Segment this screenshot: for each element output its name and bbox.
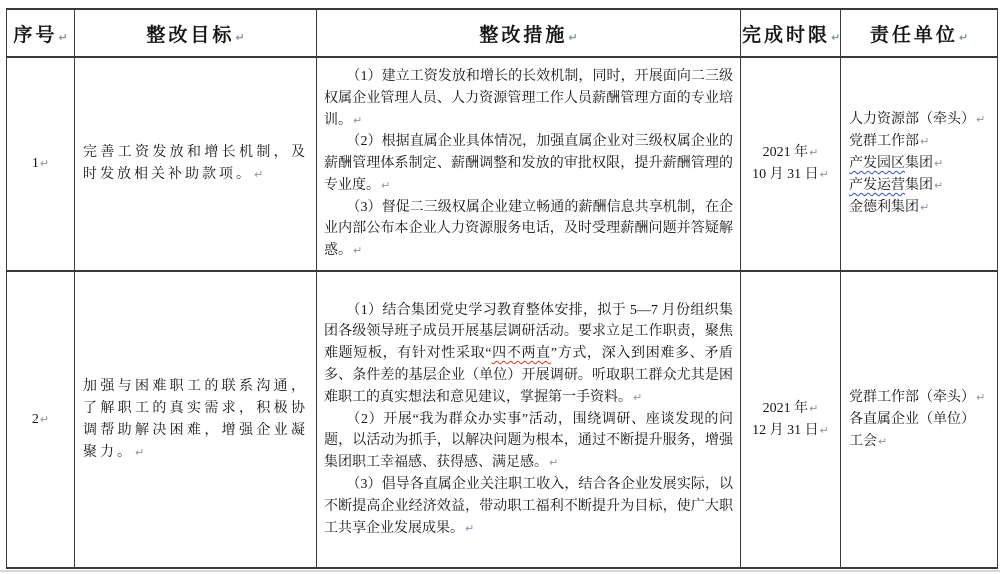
header-cell-units: 责任单位↵ [841, 9, 998, 57]
measure-text: （3）倡导各直属企业关注职工收入，结合各企业发展实际，以不断提高企业经济效益，带… [324, 477, 733, 536]
paragraph-mark-icon: ↵ [820, 168, 829, 181]
deadline-line: 10 月 31 日↵ [742, 164, 839, 186]
target-text: 加强与困难职工的联系沟通，了解职工的真实需求，积极协调帮助解决困难，增强企业凝聚… [83, 379, 308, 460]
paragraph-mark-icon: ↵ [465, 522, 474, 535]
paragraph-mark-icon: ↵ [549, 456, 558, 469]
unit-line: 产发运营集团↵ [849, 175, 987, 197]
spellcheck-underline: 产发运营 [849, 178, 905, 193]
paragraph-mark-icon: ↵ [40, 157, 49, 170]
target-cell: 完善工资发放和增长机制，及时发放相关补助款项。↵ [75, 57, 317, 271]
index-cell: 2↵ [7, 271, 75, 568]
measure-text: （3）督促二三级权属企业建立畅通的薪酬信息共享机制，在企业内部公布本企业人力资源… [324, 200, 733, 259]
paragraph-mark-icon: ↵ [920, 201, 929, 214]
paragraph-mark-icon: ↵ [831, 31, 840, 44]
table-header-row: 序号↵ 整改目标↵ 整改措施↵ 完成时限↵ 责任单位↵ [7, 9, 998, 57]
unit-line: 产发园区集团↵ [849, 153, 987, 175]
deadline-line: 12 月 31 日↵ [742, 420, 839, 442]
header-label: 整改目标 [146, 25, 234, 46]
header-cell-deadline: 完成时限↵ [741, 9, 841, 57]
header-label: 整改措施 [479, 25, 567, 46]
page-boundary-line [0, 570, 1000, 572]
header-cell-index: 序号↵ [7, 9, 75, 57]
paragraph-mark-icon: ↵ [235, 31, 244, 44]
paragraph-mark-icon: ↵ [135, 446, 144, 459]
rectification-table: 序号↵ 整改目标↵ 整改措施↵ 完成时限↵ 责任单位↵ 1↵ 完善工资发放和增长… [6, 8, 998, 569]
measure-paragraph: （2）根据直属企业具体情况，加强直属企业对三级权属企业的薪酬管理体系制定、薪酬调… [324, 131, 733, 196]
paragraph-mark-icon: ↵ [934, 179, 943, 192]
spellcheck-underline: 产发园区 [849, 156, 905, 171]
document-page: 序号↵ 整改目标↵ 整改措施↵ 完成时限↵ 责任单位↵ 1↵ 完善工资发放和增长… [0, 0, 1000, 574]
paragraph-mark-icon: ↵ [959, 31, 968, 44]
header-label: 完成时限 [742, 25, 830, 46]
target-text: 完善工资发放和增长机制，及时发放相关补助款项。 [83, 145, 308, 182]
measure-paragraph: （1）建立工资发放和增长的长效机制，同时，开展面向二三级权属企业管理人员、人力资… [324, 66, 733, 131]
paragraph-mark-icon: ↵ [254, 168, 263, 181]
deadline-cell: 2021 年↵ 12 月 31 日↵ [741, 271, 841, 568]
paragraph-mark-icon: ↵ [40, 413, 49, 426]
unit-line: 党群工作部（牵头）↵ [849, 387, 987, 409]
unit-line: 各直属企业（单位）工会↵ [849, 409, 987, 453]
paragraph-mark-icon: ↵ [878, 435, 887, 448]
paragraph-mark-icon: ↵ [809, 146, 818, 159]
paragraph-mark-icon: ↵ [353, 114, 362, 127]
measure-paragraph: （1）结合集团党史学习教育整体安排，拟于 5—7 月份组织集团各级领导班子成员开… [324, 300, 733, 409]
measure-text: （2）开展“我为群众办实事”活动，围绕调研、座谈发现的问题，以活动为抓手，以解决… [324, 412, 733, 471]
index-cell: 1↵ [7, 57, 75, 271]
measure-paragraph: （3）倡导各直属企业关注职工收入，结合各企业发展实际，以不断提高企业经济效益，带… [324, 474, 733, 539]
row-number: 2 [32, 412, 39, 427]
measure-paragraph: （2）开展“我为群众办实事”活动，围绕调研、座谈发现的问题，以活动为抓手，以解决… [324, 409, 733, 474]
row-number: 1 [32, 156, 39, 171]
units-cell: 人力资源部（牵头）↵ 党群工作部↵ 产发园区集团↵ 产发运营集团↵ 金德利集团↵ [841, 57, 998, 271]
table-row: 1↵ 完善工资发放和增长机制，及时发放相关补助款项。↵ （1）建立工资发放和增长… [7, 57, 998, 271]
unit-line: 金德利集团↵ [849, 197, 987, 219]
paragraph-mark-icon: ↵ [568, 31, 577, 44]
measures-cell: （1）建立工资发放和增长的长效机制，同时，开展面向二三级权属企业管理人员、人力资… [317, 57, 741, 271]
measures-cell: （1）结合集团党史学习教育整体安排，拟于 5—7 月份组织集团各级领导班子成员开… [317, 271, 741, 568]
paragraph-mark-icon: ↵ [633, 391, 642, 404]
header-cell-measures: 整改措施↵ [317, 9, 741, 57]
deadline-line: 2021 年↵ [742, 398, 839, 420]
paragraph-mark-icon: ↵ [934, 157, 943, 170]
target-cell: 加强与困难职工的联系沟通，了解职工的真实需求，积极协调帮助解决困难，增强企业凝聚… [75, 271, 317, 568]
deadline-cell: 2021 年↵ 10 月 31 日↵ [741, 57, 841, 271]
measure-text: （1）建立工资发放和增长的长效机制，同时，开展面向二三级权属企业管理人员、人力资… [324, 69, 733, 128]
header-label: 责任单位 [870, 25, 958, 46]
paragraph-mark-icon: ↵ [58, 31, 67, 44]
header-cell-target: 整改目标↵ [75, 9, 317, 57]
header-label: 序号 [13, 25, 57, 46]
table-row: 2↵ 加强与困难职工的联系沟通，了解职工的真实需求，积极协调帮助解决困难，增强企… [7, 271, 998, 568]
paragraph-mark-icon: ↵ [809, 402, 818, 415]
paragraph-mark-icon: ↵ [820, 424, 829, 437]
paragraph-mark-icon: ↵ [353, 244, 362, 257]
paragraph-mark-icon: ↵ [381, 179, 390, 192]
paragraph-mark-icon: ↵ [976, 113, 985, 126]
paragraph-mark-icon: ↵ [976, 391, 985, 404]
deadline-line: 2021 年↵ [742, 142, 839, 164]
unit-line: 党群工作部↵ [849, 131, 987, 153]
paragraph-mark-icon: ↵ [920, 135, 929, 148]
spellcheck-underline-red: 四不两直 [492, 346, 551, 361]
unit-line: 人力资源部（牵头）↵ [849, 109, 987, 131]
measure-paragraph: （3）督促二三级权属企业建立畅通的薪酬信息共享机制，在企业内部公布本企业人力资源… [324, 197, 733, 262]
units-cell: 党群工作部（牵头）↵ 各直属企业（单位）工会↵ [841, 271, 998, 568]
